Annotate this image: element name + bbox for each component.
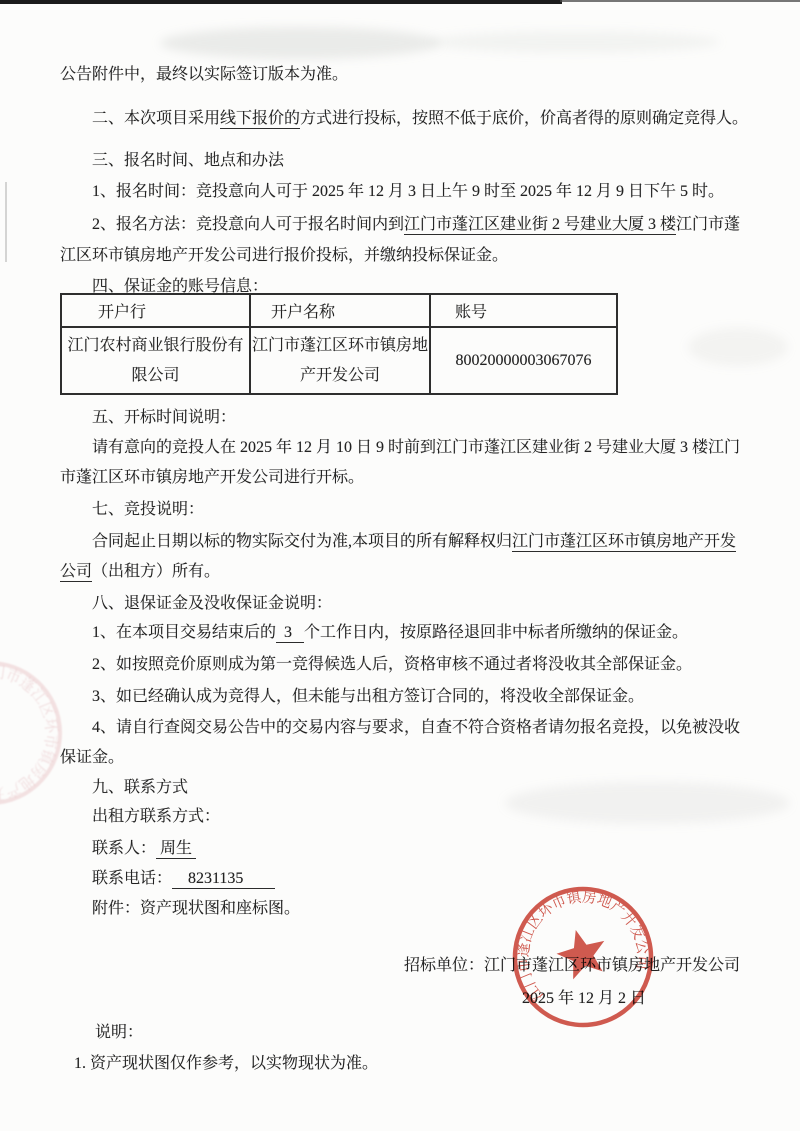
section-9-title: 九、联系方式	[92, 777, 188, 799]
text-segment: 2、报名方法：竞投意向人可于报名时间内到	[92, 216, 404, 233]
text-segment: 出租方联系方式：	[92, 808, 220, 825]
underlined-text: 江门市蓬江区建业街 2 号建业大厦 3 楼	[404, 216, 676, 235]
text-segment: （出租方）所有。	[92, 563, 220, 580]
underlined-text: 3	[276, 624, 304, 643]
underlined-text: 周生	[156, 840, 196, 859]
scan-smudge	[160, 27, 440, 59]
intro-line: 公告附件中，最终以实际签订版本为准。	[60, 64, 348, 86]
text-segment: 请有意向的竞投人在 2025 年 12 月 10 日 9 时前到江门市蓬江区建业…	[92, 439, 740, 456]
underlined-text: 8231135	[172, 870, 275, 889]
item-3-2-line2: 江区环市镇房地产开发公司进行报价投标，并缴纳投标保证金。	[60, 245, 508, 267]
attachment-line: 附件：资产现状图和座标图。	[92, 898, 300, 920]
text-segment: 江门市蓬	[676, 216, 740, 233]
para-5-line2: 市蓬江区环市镇房地产开发公司进行开标。	[60, 467, 364, 489]
scan-edge-strip	[0, 0, 562, 4]
section-7-title: 七、竞投说明：	[92, 499, 204, 521]
item-8-4-line1: 4、请自行查阅交易公告中的交易内容与要求，自查不符合资格者请勿报名竞投，以免被没…	[92, 717, 740, 739]
scan-edge-strip-thin	[560, 0, 800, 2]
text-segment: 4、请自行查阅交易公告中的交易内容与要求，自查不符合资格者请勿报名竞投，以免被没…	[92, 719, 740, 736]
text-segment: 方式进行投标，按照不低于底价，价高者得的原则确定竞得人。	[300, 110, 748, 127]
deposit-account-table: 开户行 开户名称 账号 江门农村商业银行股份有 限公司 江门市蓬江区环市镇房地 …	[60, 293, 618, 395]
table-header-account-name: 开户名称	[250, 294, 430, 327]
scan-smudge	[505, 782, 790, 824]
scan-smudge	[688, 328, 788, 366]
scan-fold-mark	[5, 182, 7, 262]
table-header-row: 开户行 开户名称 账号	[61, 294, 617, 327]
text-segment: 七、竞投说明：	[92, 501, 204, 518]
text-segment: 个工作日内，按原路径退回非中标者所缴纳的保证金。	[304, 624, 688, 641]
underlined-text: 公司	[60, 563, 92, 582]
section-2-line: 二、本次项目采用线下报价的方式进行投标，按照不低于底价，价高者得的原则确定竞得人…	[92, 108, 748, 130]
text-segment: 市蓬江区环市镇房地产开发公司进行开标。	[60, 469, 364, 486]
text-segment: 附件：资产现状图和座标图。	[92, 900, 300, 917]
table-header-account-number: 账号	[430, 294, 617, 327]
contact-intro: 出租方联系方式：	[92, 806, 220, 828]
underlined-text: 江门市蓬江区环市镇房地产开发	[512, 533, 736, 552]
item-3-1: 1、报名时间：竞投意向人可于 2025 年 12 月 3 日上午 9 时至 20…	[92, 181, 724, 203]
notes-title: 说明：	[95, 1022, 143, 1044]
item-8-3: 3、如已经确认成为竞得人，但未能与出租方签订合同的，将没收全部保证金。	[92, 686, 644, 708]
text-segment: 八、退保证金及没收保证金说明：	[92, 595, 332, 612]
item-3-2-line1: 2、报名方法：竞投意向人可于报名时间内到江门市蓬江区建业街 2 号建业大厦 3 …	[92, 214, 740, 236]
text-segment: 三、报名时间、地点和办法	[92, 152, 284, 169]
text-segment: 1、报名时间：竞投意向人可于 2025 年 12 月 3 日上午 9 时至 20…	[92, 183, 724, 200]
table-cell-account-number: 80020000003067076	[430, 327, 617, 394]
contact-phone: 联系电话： 8231135	[92, 868, 275, 890]
scan-smudge	[430, 31, 720, 53]
text-segment: 1、在本项目交易结束后的	[92, 624, 276, 641]
faint-stamp: 江门市蓬江区环市镇房地产开发公司	[0, 648, 75, 818]
text-segment: 公告附件中，最终以实际签订版本为准。	[60, 66, 348, 83]
stamp-star-icon	[552, 924, 612, 982]
text-segment: 五、开标时间说明：	[92, 409, 236, 426]
text-segment: 联系电话：	[92, 870, 172, 887]
item-8-1: 1、在本项目交易结束后的 3 个工作日内，按原路径退回非中标者所缴纳的保证金。	[92, 622, 688, 644]
document-page: 公告附件中，最终以实际签订版本为准。二、本次项目采用线下报价的方式进行投标，按照…	[0, 0, 800, 1131]
section-8-title: 八、退保证金及没收保证金说明：	[92, 593, 332, 615]
note-1: 1. 资产现状图仅作参考，以实物现状为准。	[74, 1053, 378, 1075]
text-segment: 1. 资产现状图仅作参考，以实物现状为准。	[74, 1055, 378, 1072]
text-segment: 江区环市镇房地产开发公司进行报价投标，并缴纳投标保证金。	[60, 247, 508, 264]
para-7-line1: 合同起止日期以标的物实际交付为准,本项目的所有解释权归江门市蓬江区环市镇房地产开…	[92, 531, 736, 553]
section-5-title: 五、开标时间说明：	[92, 407, 236, 429]
underlined-text: 线下报价的	[220, 110, 300, 129]
table-row: 江门农村商业银行股份有 限公司 江门市蓬江区环市镇房地 产开发公司 800200…	[61, 327, 617, 394]
text-segment: 联系人：	[92, 840, 156, 857]
section-3-title: 三、报名时间、地点和办法	[92, 150, 284, 172]
para-5-line1: 请有意向的竞投人在 2025 年 12 月 10 日 9 时前到江门市蓬江区建业…	[92, 437, 740, 459]
text-segment: 2、如按照竞价原则成为第一竞得候选人后，资格审核不通过者将没收其全部保证金。	[92, 656, 692, 673]
text-segment: 合同起止日期以标的物实际交付为准,本项目的所有解释权归	[92, 533, 512, 550]
company-stamp: 江门市蓬江区环市镇房地产开发公司	[508, 882, 658, 1032]
table-cell-bank: 江门农村商业银行股份有 限公司	[61, 327, 250, 394]
text-segment: 二、本次项目采用	[92, 110, 220, 127]
table-header-bank: 开户行	[61, 294, 250, 327]
para-7-line2: 公司（出租方）所有。	[60, 561, 220, 583]
contact-person: 联系人： 周生	[92, 838, 196, 860]
item-8-2: 2、如按照竞价原则成为第一竞得候选人后，资格审核不通过者将没收其全部保证金。	[92, 654, 692, 676]
text-segment: 说明：	[95, 1024, 143, 1041]
text-segment: 九、联系方式	[92, 779, 188, 796]
table-cell-account-name: 江门市蓬江区环市镇房地 产开发公司	[250, 327, 430, 394]
text-segment: 3、如已经确认成为竞得人，但未能与出租方签订合同的，将没收全部保证金。	[92, 688, 644, 705]
